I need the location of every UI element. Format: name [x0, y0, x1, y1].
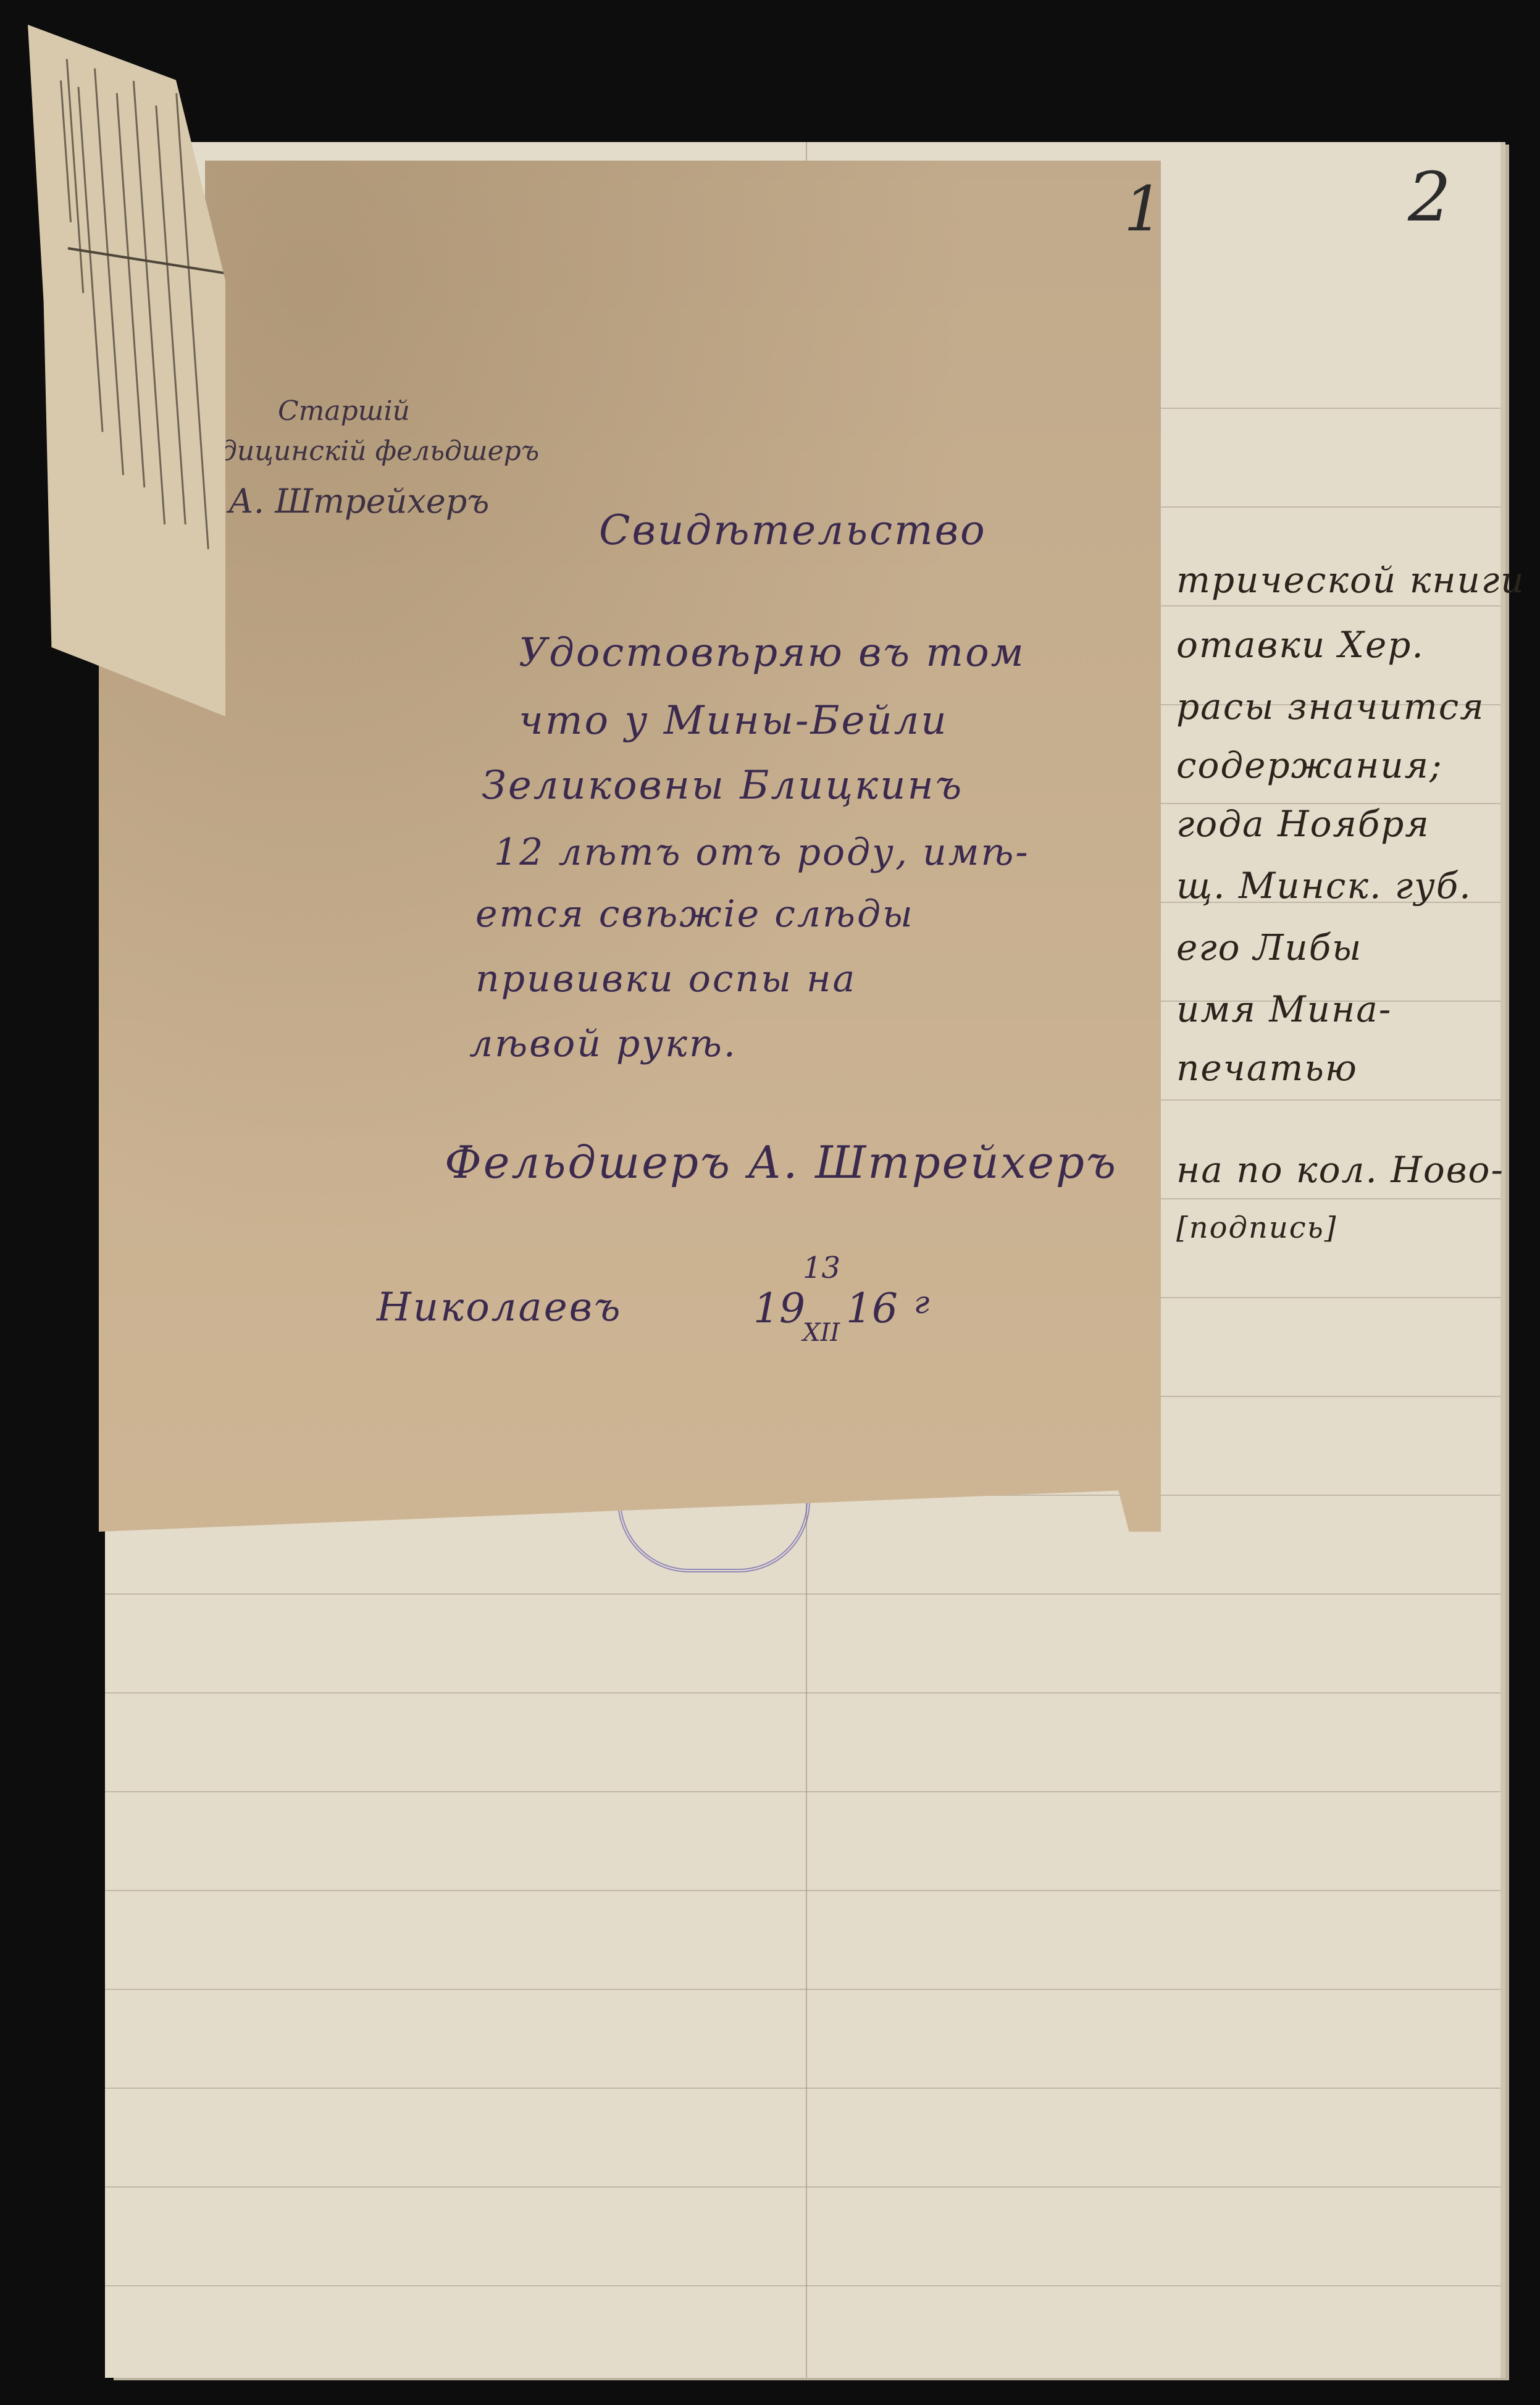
page2-line: трической книги	[1176, 559, 1525, 601]
page2-line: года Ноября	[1176, 803, 1430, 845]
date-day: 13	[803, 1251, 840, 1285]
place: Николаевъ	[377, 1285, 622, 1330]
page2-line: его Либы	[1176, 926, 1362, 968]
folded-flap	[28, 25, 225, 716]
body-line: что у Мины-Бейли	[519, 698, 948, 744]
page-number-1: 1	[1124, 173, 1163, 245]
body-line: прививки оспы на	[475, 957, 856, 1001]
page2-line: щ. Минск. губ.	[1176, 865, 1472, 907]
date-year-suffix: 16	[846, 1285, 898, 1332]
page2-line: содержания;	[1176, 744, 1443, 786]
page2-line: расы значится	[1176, 686, 1485, 728]
body-line: ется свѣжіе слѣды	[475, 892, 914, 936]
body-line: лѣвой рукѣ.	[469, 1022, 737, 1065]
letterhead-line-1: Старшій	[278, 395, 410, 427]
page2-line: печатью	[1176, 1047, 1358, 1089]
date-suffix: г	[914, 1285, 929, 1320]
page2-line: на по кол. Ново-	[1176, 1149, 1504, 1191]
date-year-prefix: 19	[753, 1285, 805, 1332]
certificate-page-1: 1 Старшій едицинскій фельдшеръ А. Штрейх…	[99, 161, 1161, 1532]
certificate-title: Свидѣтельство	[599, 506, 987, 554]
body-line: Удостовѣряю въ том	[519, 630, 1026, 676]
date-month: XII	[803, 1319, 840, 1347]
letterhead-line-3: А. Штрейхеръ	[228, 482, 489, 521]
page2-line: имя Мина-	[1176, 988, 1392, 1030]
signature: Фельдшеръ А. Штрейхеръ	[445, 1136, 1118, 1188]
body-line: 12 лѣтъ отъ роду, имѣ-	[494, 831, 1030, 874]
page-number-2: 2	[1408, 157, 1451, 237]
page2-line: отавки Хер.	[1176, 624, 1425, 666]
body-line: Зеликовны Блицкинъ	[482, 763, 963, 808]
letterhead-line-2: едицинскій фельдшеръ	[204, 435, 539, 467]
page2-signature: [подпись]	[1176, 1211, 1337, 1245]
